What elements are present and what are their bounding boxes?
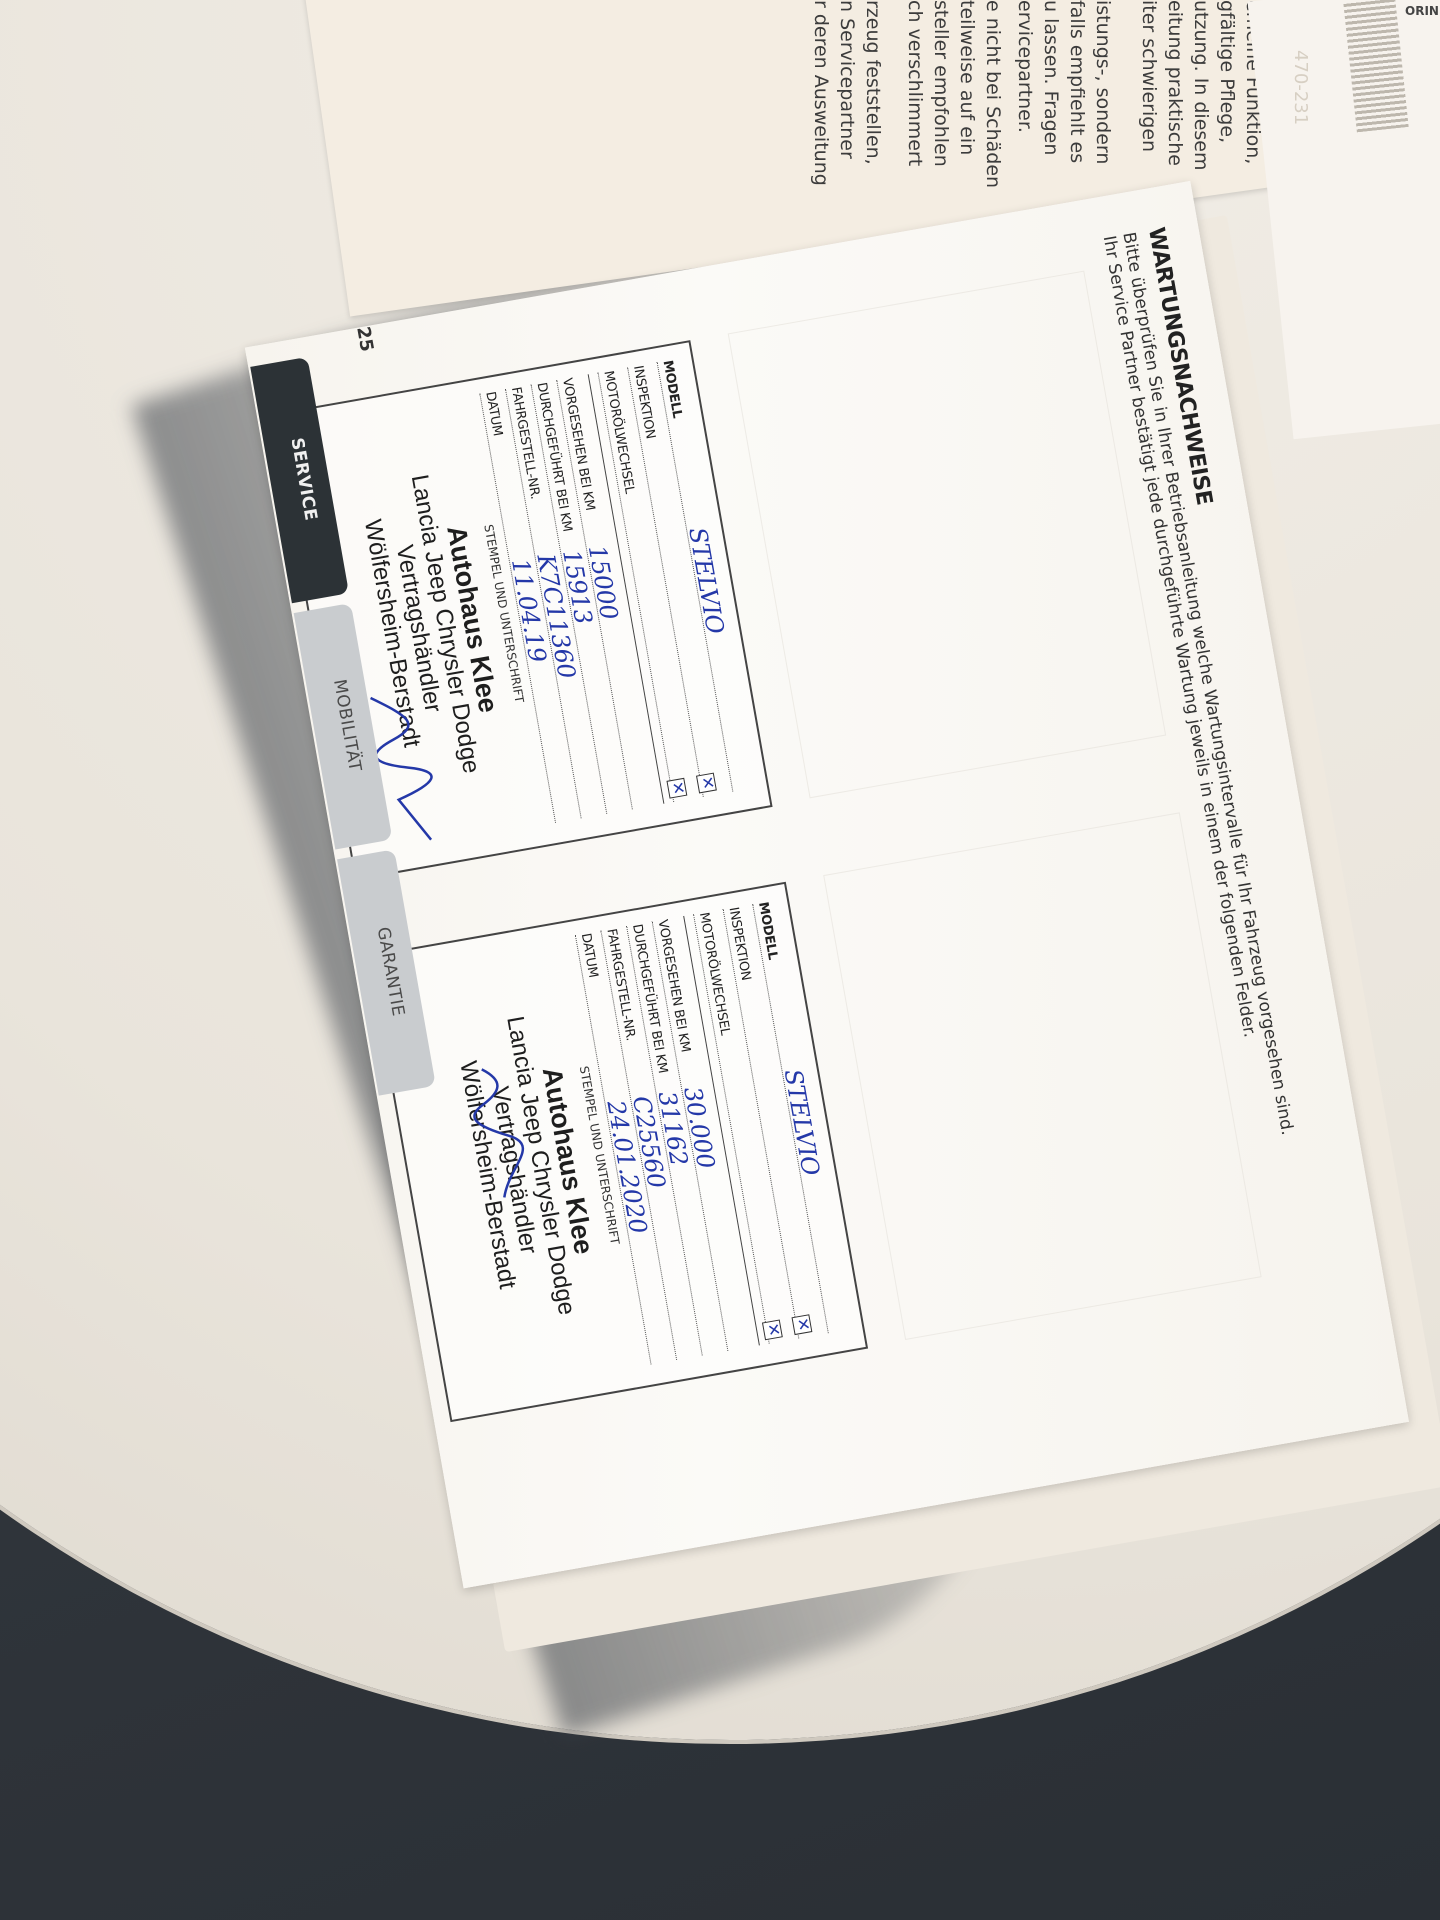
text-fragment: utzung. In diesem [1188,0,1214,171]
inspektion-checkbox[interactable]: ✕ [792,1314,813,1335]
receipt-label: ORIN [1405,4,1439,18]
modell-label: MODELL [660,359,685,419]
show-through-form [728,271,1166,799]
receipt-number: 470-231 [1290,50,1311,125]
text-fragment: eitung praktische [1162,0,1188,166]
show-through-form [823,812,1261,1340]
text-fragment: teilweise auf ein [954,0,980,155]
text-fragment: u lassen. Fragen [1038,0,1064,155]
text-fragment: steller empfohlen [928,0,954,167]
text-fragment: rzeug feststellen, [860,0,886,165]
modell-label: MODELL [755,901,780,961]
motoroelwechsel-checkbox[interactable]: ✕ [762,1319,783,1340]
text-fragment: e nicht bei Schäden [980,0,1006,188]
text-fragment: ervicepartner. [1012,0,1038,133]
text-fragment: n Servicepartner [834,0,860,159]
text-fragment: istungs-, sondern [1090,0,1116,164]
datum-label: DATUM [578,932,601,979]
inspektion-label: INSPEKTION [726,906,754,982]
datum-label: DATUM [482,390,505,437]
text-fragment: gfältige Pflege, [1214,0,1240,143]
text-fragment: iter schwierigen [1136,0,1162,152]
text-fragment: falls empfiehlt es [1064,0,1090,163]
text-fragment: ch verschlimmert [902,0,928,166]
previous-page-text: emeine Funktion, gfältige Pflege, utzung… [760,0,1280,200]
inspektion-checkbox[interactable]: ✕ [696,773,717,794]
page-number: 25 [352,325,377,353]
inspektion-label: INSPEKTION [630,364,658,440]
motoroelwechsel-checkbox[interactable]: ✕ [666,778,687,799]
text-fragment: r deren Ausweitung [808,0,834,186]
